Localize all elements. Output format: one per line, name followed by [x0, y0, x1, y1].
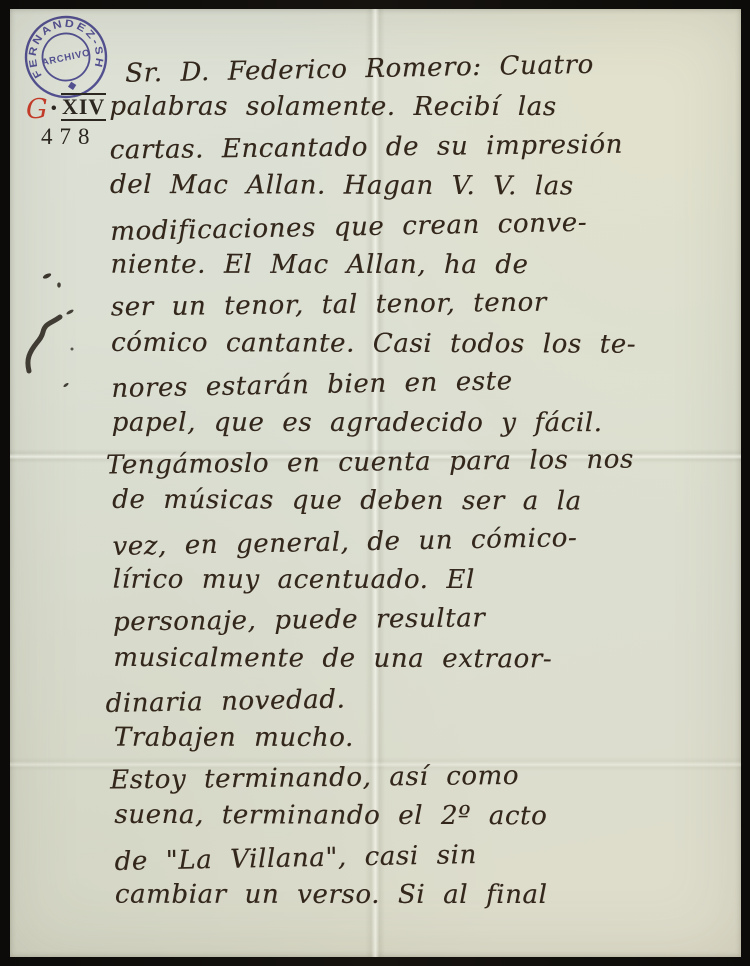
handwritten-letter: Sr. D. Federico Romero: Cuatro palabras …	[95, 47, 741, 918]
letter-line: lírico muy acentuado. El	[113, 561, 739, 601]
letter-line: dinaria novedad.	[105, 673, 740, 725]
catalog-separator: ·	[50, 93, 58, 122]
letter-line: Trabajen mucho.	[114, 718, 740, 758]
letter-line: Tengámoslo en cuenta para los nos	[106, 439, 738, 486]
letter-line: niente. El Mac Allan, ha de	[110, 246, 736, 286]
letter-page: FERNANDEZ-SHAW ARCHIVO G · XIV 478 Sr. D	[10, 9, 741, 957]
letter-line: cambiar un verso. Si al final	[115, 876, 741, 916]
scanned-letter-photo: FERNANDEZ-SHAW ARCHIVO G · XIV 478 Sr. D	[0, 0, 750, 966]
letter-line: modificaciones que crean conve-	[110, 201, 737, 252]
letter-line: vez, en general, de un cómico-	[112, 516, 739, 567]
letter-line: del Mac Allan. Hagan V. V. las	[110, 166, 736, 208]
catalog-mark: G · XIV 478	[26, 93, 106, 150]
letter-line: cartas. Encantado de su impresión	[109, 124, 735, 170]
letter-line: de "La Villana", casi sin	[114, 831, 741, 882]
letter-line: suena, terminando el 2º acto	[114, 796, 740, 838]
ink-smudge	[14, 259, 86, 394]
catalog-letter: G	[26, 96, 48, 123]
letter-line: Sr. D. Federico Romero: Cuatro	[125, 43, 736, 94]
letter-line: ser un tenor, tal tenor, tenor	[111, 282, 737, 328]
letter-line: personaje, puede resultar	[113, 597, 739, 643]
letter-line: palabras solamente. Recibí las	[109, 88, 735, 128]
diamond-icon	[68, 82, 76, 90]
letter-line: de músicas que deben ser a la	[112, 481, 738, 523]
letter-line: Estoy terminando, así como	[110, 754, 740, 801]
letter-line: papel, que es agradecido y fácil.	[112, 403, 738, 443]
letter-line: nores estarán bien en este	[111, 358, 738, 409]
stamp-center-text: ARCHIVO	[41, 47, 92, 68]
